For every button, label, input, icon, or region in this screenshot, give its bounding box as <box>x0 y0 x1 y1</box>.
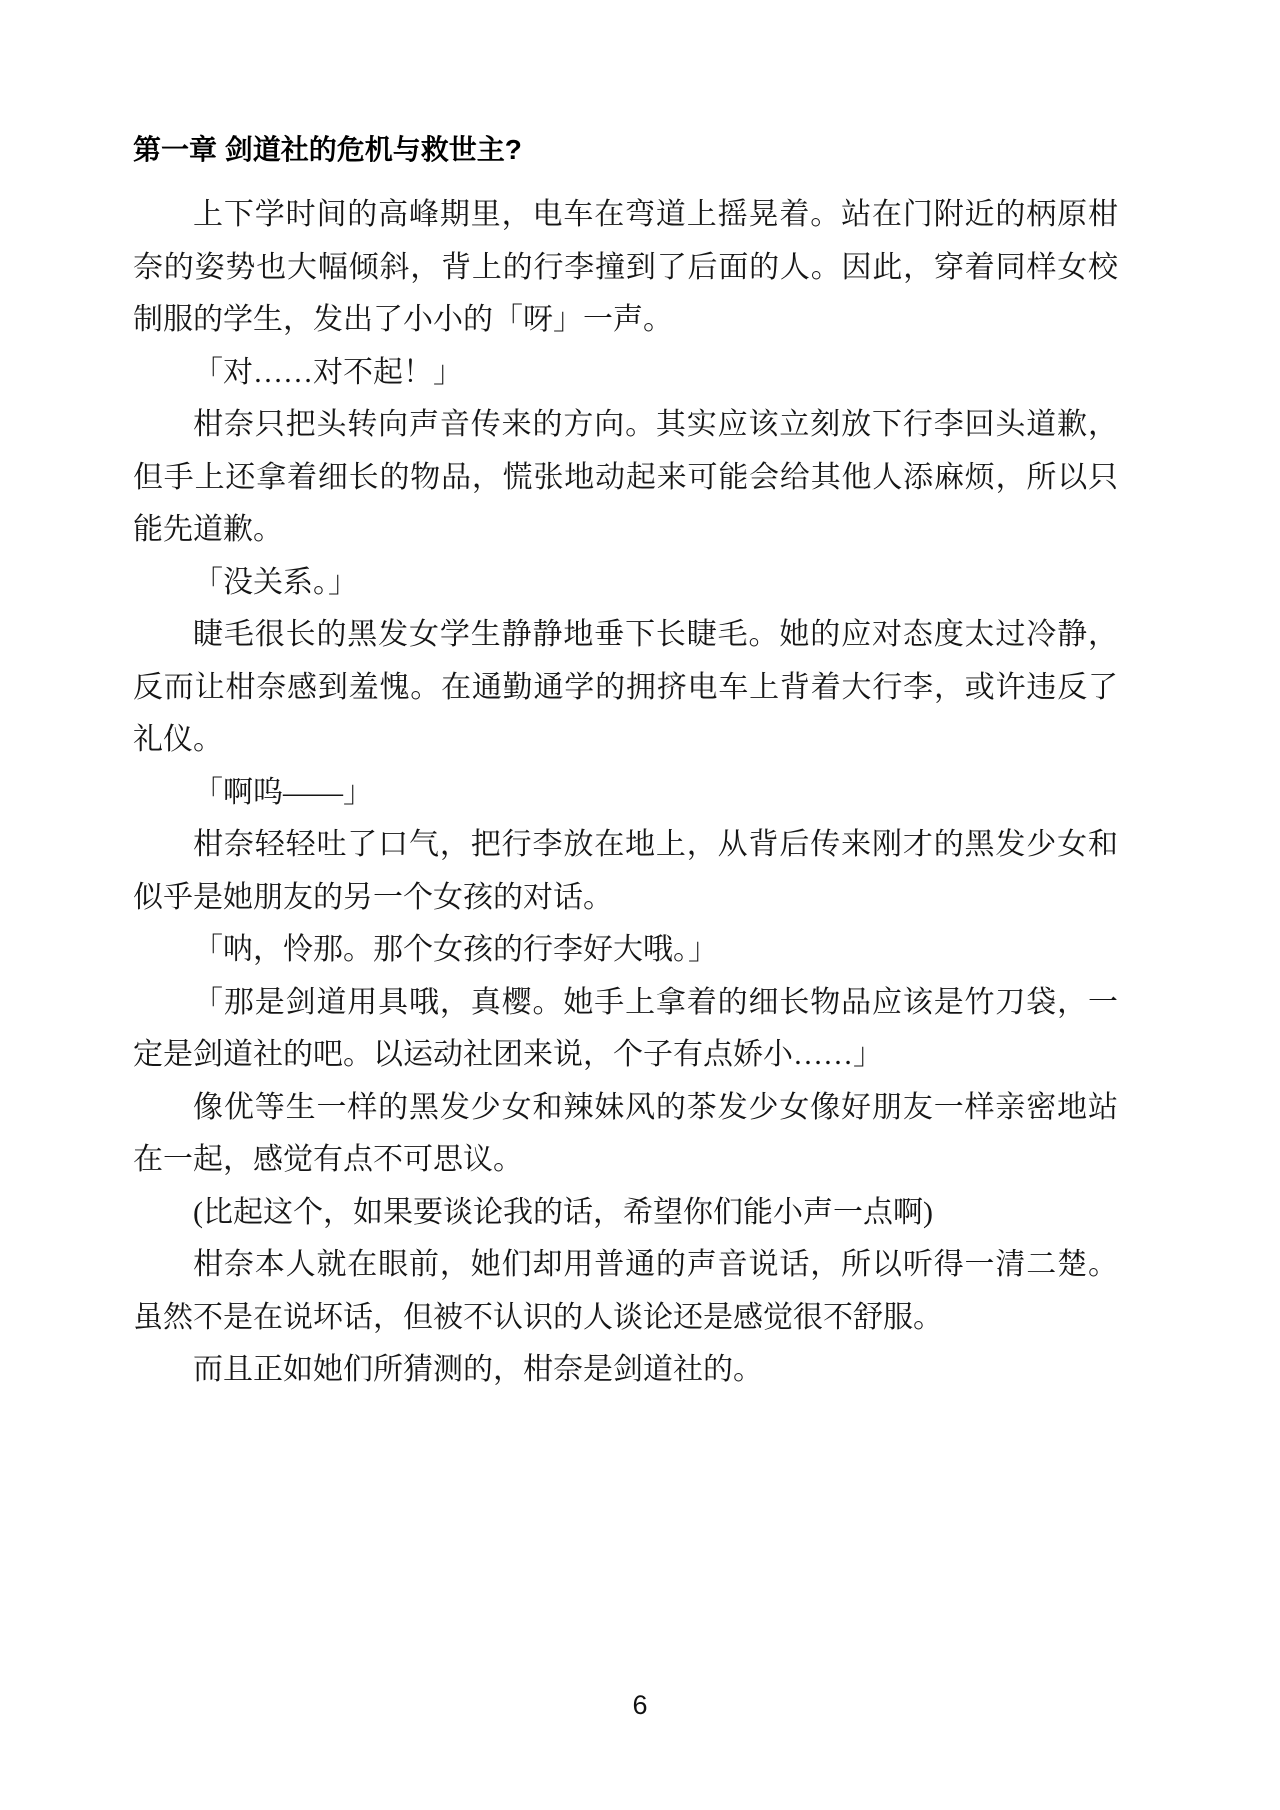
body-text: 上下学时间的高峰期里，电车在弯道上摇晃着。站在门附近的柄原柑奈的姿势也大幅倾斜，… <box>133 189 1118 1397</box>
paragraph: 柑奈本人就在眼前，她们却用普通的声音说话，所以听得一清二楚。虽然不是在说坏话，但… <box>133 1239 1118 1344</box>
paragraph: 柑奈轻轻吐了口气，把行李放在地上，从背后传来刚才的黑发少女和似乎是她朋友的另一个… <box>133 819 1118 924</box>
inner-thought-paragraph: (比起这个，如果要谈论我的话，希望你们能小声一点啊) <box>133 1187 1118 1240</box>
chapter-heading: 第一章 剑道社的危机与救世主? <box>133 130 1118 170</box>
page-content: 第一章 剑道社的危机与救世主? 上下学时间的高峰期里，电车在弯道上摇晃着。站在门… <box>133 130 1118 1397</box>
dialogue-paragraph: 「呐，怜那。那个女孩的行李好大哦。」 <box>133 924 1118 977</box>
paragraph: 柑奈只把头转向声音传来的方向。其实应该立刻放下行李回头道歉，但手上还拿着细长的物… <box>133 399 1118 557</box>
paragraph: 像优等生一样的黑发少女和辣妹风的茶发少女像好朋友一样亲密地站在一起，感觉有点不可… <box>133 1082 1118 1187</box>
dialogue-paragraph: 「那是剑道用具哦，真樱。她手上拿着的细长物品应该是竹刀袋，一定是剑道社的吧。以运… <box>133 977 1118 1082</box>
page-number: 6 <box>0 1690 1280 1721</box>
dialogue-paragraph: 「对……对不起！」 <box>133 347 1118 400</box>
novel-page: 第一章 剑道社的危机与救世主? 上下学时间的高峰期里，电车在弯道上摇晃着。站在门… <box>0 0 1280 1810</box>
dialogue-paragraph: 「没关系。」 <box>133 557 1118 610</box>
paragraph: 上下学时间的高峰期里，电车在弯道上摇晃着。站在门附近的柄原柑奈的姿势也大幅倾斜，… <box>133 189 1118 347</box>
paragraph: 而且正如她们所猜测的，柑奈是剑道社的。 <box>133 1344 1118 1397</box>
dialogue-paragraph: 「啊呜——」 <box>133 767 1118 820</box>
paragraph: 睫毛很长的黑发女学生静静地垂下长睫毛。她的应对态度太过冷静，反而让柑奈感到羞愧。… <box>133 609 1118 767</box>
